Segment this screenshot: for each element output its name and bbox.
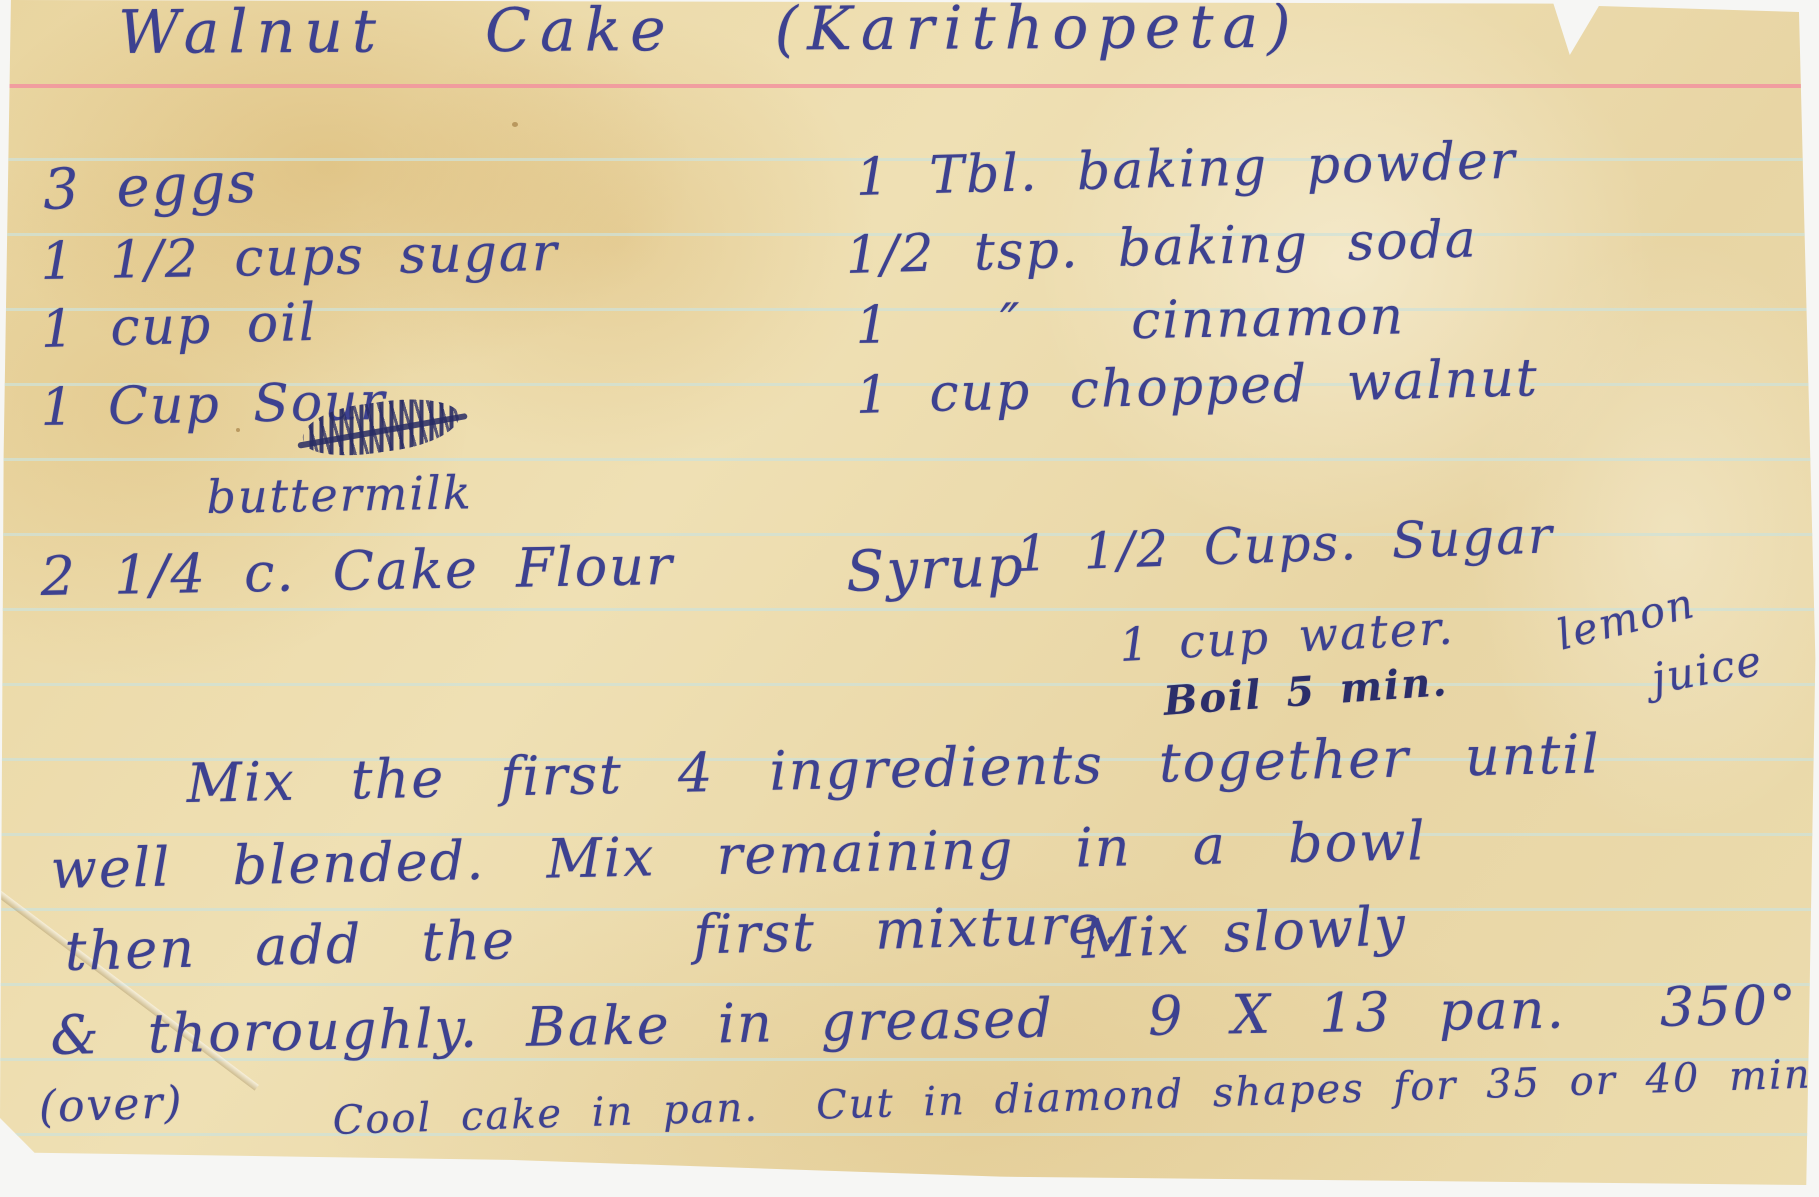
ingredient-eggs: 3 eggs (42, 150, 259, 222)
ingredient-cake-flour: 2 1/4 c. Cake Flour (40, 534, 674, 608)
recipe-title: Walnut Cake (Karithopeta) (118, 0, 1300, 68)
scanned-recipe-card-page: Walnut Cake (Karithopeta) 3 eggs 1 1/2 c… (0, 0, 1819, 1197)
ingredient-oil: 1 cup oil (40, 293, 318, 360)
header-rule-line (0, 84, 1819, 88)
ingredient-buttermilk: buttermilk (206, 465, 473, 524)
paper-speck (512, 122, 518, 127)
ingredient-cinnamon: 1 ″ cinnamon (855, 286, 1405, 356)
ingredient-sugar: 1 1/2 cups sugar (40, 223, 559, 292)
recipe-card: Walnut Cake (Karithopeta) 3 eggs 1 1/2 c… (0, 0, 1819, 1197)
over-note: (over) (38, 1077, 184, 1133)
syrup-label: Syrup (845, 534, 1026, 605)
